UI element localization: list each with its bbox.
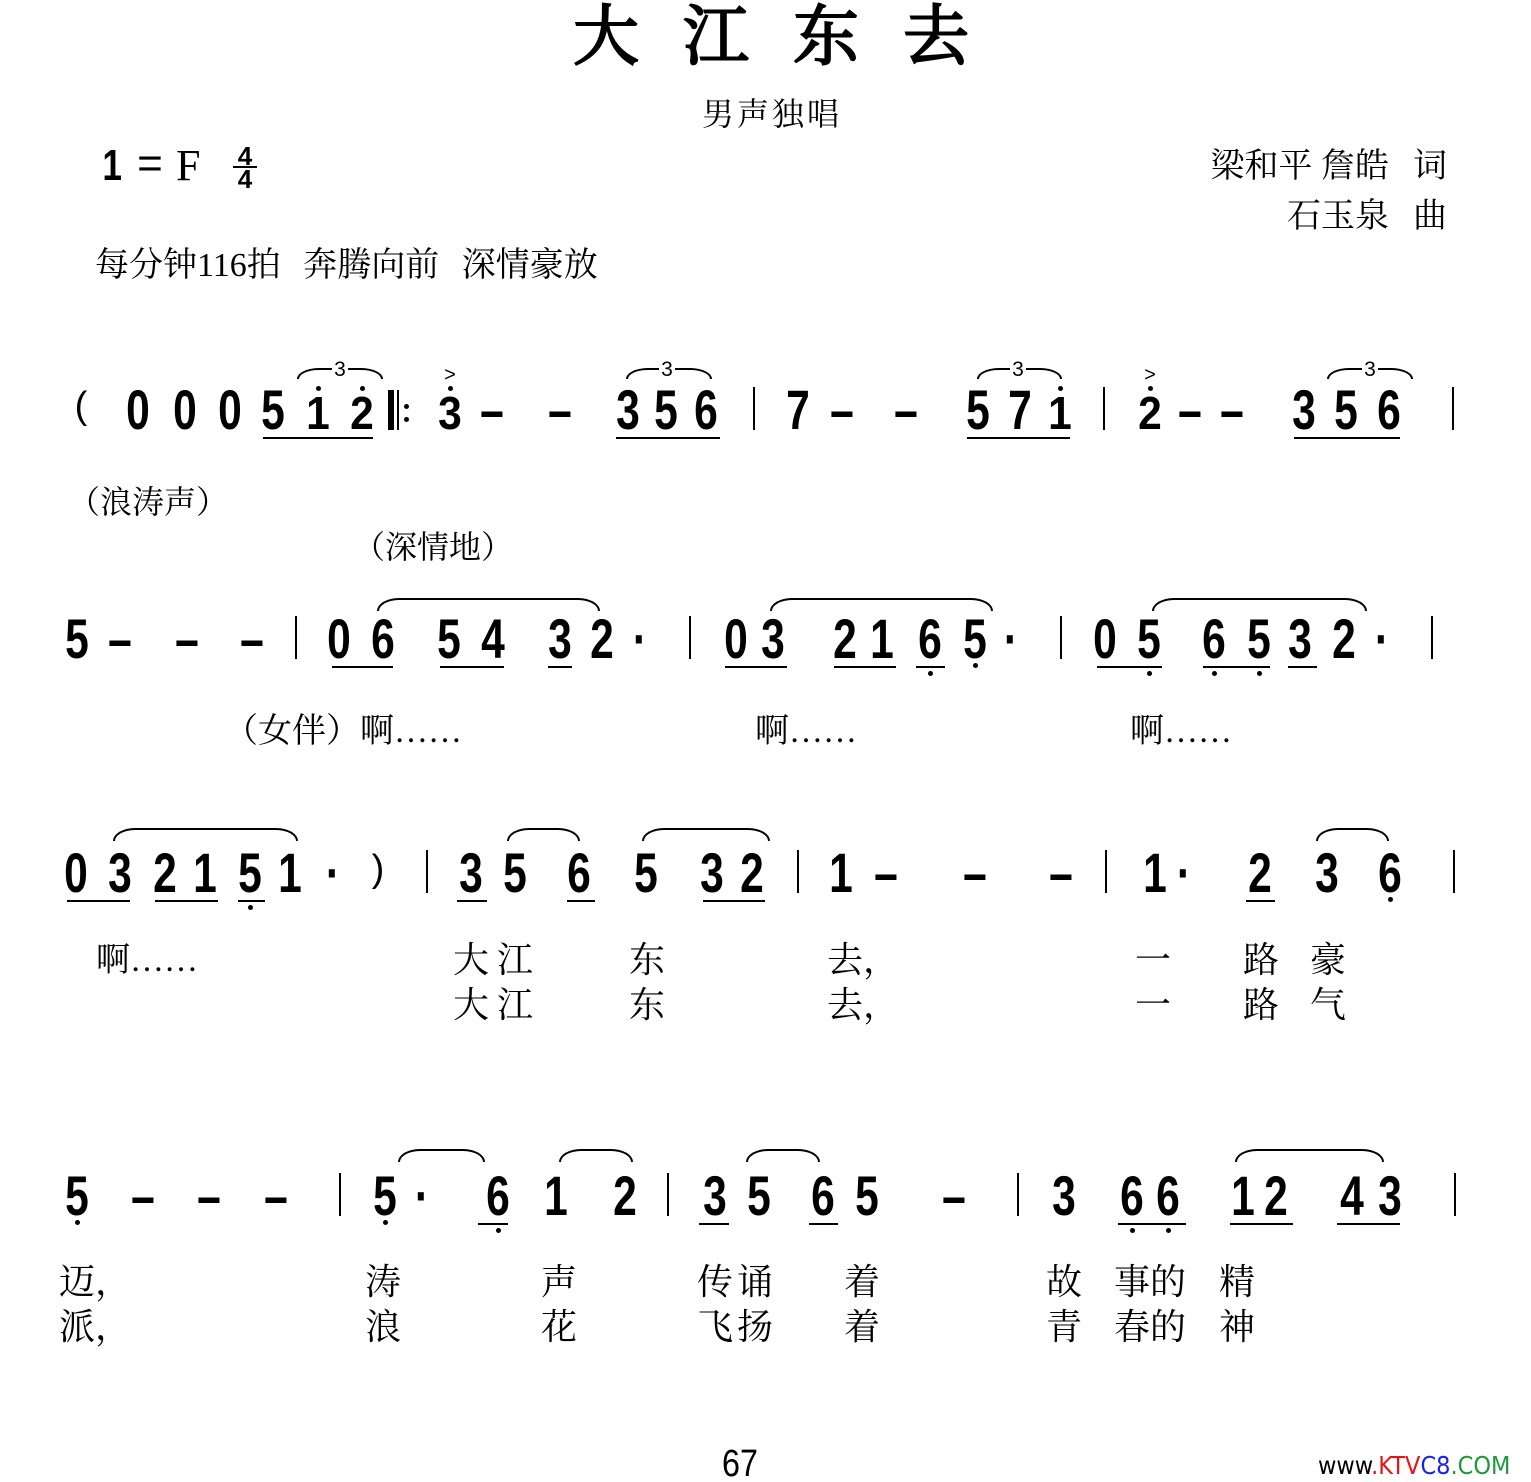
eighth-beam — [567, 900, 595, 902]
composer-role: 曲 — [1413, 198, 1447, 235]
eighth-beam — [67, 900, 130, 902]
eighth-beam — [967, 437, 1070, 439]
octave-dot-below — [75, 1220, 80, 1225]
lyric-syllable: 大 — [453, 941, 489, 979]
lyric-syllable: 着 — [844, 1308, 880, 1346]
lyric-syllable: 豪 — [1310, 941, 1346, 979]
note: 5 — [651, 382, 681, 438]
octave-dot-above — [448, 386, 453, 391]
barline — [339, 1173, 341, 1216]
lyric-syllable: 扬 — [737, 1308, 773, 1346]
note: 3 — [1049, 1168, 1079, 1224]
hold-dash: – — [827, 382, 857, 438]
slur — [1316, 828, 1389, 841]
note: 5 — [852, 1168, 882, 1224]
watermark-part: .KTV — [1371, 1451, 1420, 1480]
repeat-dot — [404, 404, 409, 409]
note: 6 — [691, 382, 721, 438]
note: 7 — [1005, 382, 1035, 438]
note: 6 — [808, 1168, 838, 1224]
slur — [1152, 598, 1367, 611]
note: 3 — [758, 611, 788, 667]
eighth-beam — [616, 437, 720, 439]
note: 3 — [1289, 382, 1319, 438]
composer-credit: 石玉泉曲 — [1287, 198, 1447, 236]
note: 1 — [1045, 390, 1075, 436]
hold-dash: – — [194, 1168, 224, 1224]
lyric-syllable: 着 — [844, 1263, 880, 1301]
note: 6 — [1199, 611, 1229, 667]
barline — [1060, 616, 1062, 659]
note: 5 — [960, 611, 990, 667]
octave-dot-below — [1212, 671, 1217, 676]
hold-dash: – — [960, 845, 990, 901]
female-accompaniment-text: （女伴）啊…… — [224, 713, 462, 751]
eighth-beam — [1294, 437, 1400, 439]
slur — [398, 1149, 485, 1162]
eighth-beam — [457, 900, 487, 902]
note: 0 — [215, 382, 245, 438]
note: 6 — [1374, 382, 1404, 438]
note: 1 — [303, 390, 333, 436]
lyric-syllable: 气 — [1310, 986, 1346, 1024]
note: 1 — [1228, 1168, 1258, 1224]
octave-dot-below — [1166, 1228, 1171, 1233]
system-2: 5 – – – 0 6 5 4 3 2 · 0 3 2 1 6 5 · 0 5 … — [0, 611, 1531, 681]
barline — [753, 387, 755, 430]
note: 3 — [1375, 1168, 1405, 1224]
repeat-dot — [404, 417, 409, 422]
note: 5 — [500, 845, 530, 901]
system-3: 0 3 2 1 5 1 · ) 3 5 6 5 3 2 1 – – – 1 · … — [0, 845, 1531, 915]
note: 3 — [613, 382, 643, 438]
lyric-syllable: 路 — [1243, 941, 1279, 979]
triplet-label: 3 — [657, 359, 677, 380]
eighth-beam — [1118, 1223, 1186, 1225]
triplet-label: 3 — [330, 359, 350, 380]
note: 5 — [631, 845, 661, 901]
eighth-beam — [548, 666, 572, 668]
octave-dot-below — [1388, 897, 1393, 902]
note: 5 — [62, 611, 92, 667]
hold-dash: – — [891, 382, 921, 438]
slur — [642, 828, 770, 841]
lyric-syllable: 江 — [497, 986, 533, 1024]
barline — [295, 616, 297, 659]
hold-dash: – — [261, 1168, 291, 1224]
lyricist-credit: 梁和平 詹皓词 — [1211, 148, 1448, 186]
note: 0 — [123, 382, 153, 438]
note: 0 — [721, 611, 751, 667]
eighth-beam — [1288, 666, 1317, 668]
octave-dot-below — [383, 1220, 388, 1225]
note: 2 — [1329, 611, 1359, 667]
watermark-part: www — [1318, 1451, 1371, 1480]
note: 1 — [275, 845, 305, 901]
key-equals: = — [136, 142, 164, 186]
eighth-beam — [703, 900, 765, 902]
lyric-syllable: 东 — [629, 941, 665, 979]
lyric-syllable: 浪 — [365, 1308, 401, 1346]
eighth-beam — [809, 1223, 838, 1225]
lyric-syllable: 涛 — [365, 1263, 401, 1301]
hold-dash: – — [1046, 845, 1076, 901]
note: 1 — [541, 1168, 571, 1224]
octave-dot-below — [248, 905, 253, 910]
barline — [689, 616, 691, 659]
lyric-syllable: 江 — [497, 941, 533, 979]
barline — [667, 1173, 669, 1216]
note: 5 — [370, 1168, 400, 1224]
barline — [1454, 1173, 1456, 1216]
song-title: 大江东去 — [573, 2, 1013, 74]
barline — [1453, 850, 1455, 893]
key-tonic: F — [176, 144, 200, 188]
lyricist-role: 词 — [1413, 148, 1447, 185]
note: 2 — [1261, 1168, 1291, 1224]
note: 5 — [1134, 611, 1164, 667]
note: 4 — [1337, 1168, 1367, 1224]
note: 5 — [235, 845, 265, 901]
slur — [770, 598, 993, 611]
eighth-beam — [1230, 1223, 1293, 1225]
note: 6 — [564, 845, 594, 901]
octave-dot-above — [360, 386, 365, 391]
note: 5 — [434, 611, 464, 667]
slur — [1235, 1149, 1384, 1162]
note: 3 — [545, 611, 575, 667]
system-1: ( 0 0 0 5 1 2 3 > 3 – – 3 5 6 3 7 – – — [0, 382, 1531, 452]
octave-dot-below — [496, 1228, 501, 1233]
note: 1 — [190, 845, 220, 901]
octave-dot-below — [1147, 671, 1152, 676]
lyric-syllable: 一 — [1135, 941, 1171, 979]
hold-dash: – — [545, 382, 575, 438]
repeat-thick-bar — [388, 390, 394, 430]
hold-dash: – — [1175, 382, 1205, 438]
note: 2 — [1135, 390, 1165, 436]
note: 2 — [737, 845, 767, 901]
note: 3 — [1285, 611, 1315, 667]
system-4: 5 – – – 5 · 6 1 2 3 5 6 5 – 3 6 6 1 2 4 … — [0, 1168, 1531, 1238]
barline — [1431, 616, 1433, 659]
waves-annotation: （浪涛声） — [68, 484, 228, 520]
lyric-syllable: 神 — [1219, 1308, 1255, 1346]
note: 3 — [435, 390, 465, 436]
hold-dash: – — [237, 611, 267, 667]
lyric-syllable: 精 — [1219, 1263, 1255, 1301]
note: 7 — [783, 382, 813, 438]
lyric-syllable: 去， — [827, 986, 899, 1024]
lyric-syllable: 派， — [59, 1308, 131, 1346]
song-subtitle: 男声独唱 — [702, 96, 842, 132]
lyric-syllable: 诵 — [737, 1263, 773, 1301]
note: 5 — [1244, 611, 1274, 667]
lyric-syllable: 故 — [1046, 1263, 1082, 1301]
eighth-beam — [1337, 1223, 1400, 1225]
slur — [507, 828, 580, 841]
watermark-part: C8 — [1420, 1451, 1450, 1480]
augmentation-dot: · — [407, 1168, 437, 1224]
note: 6 — [1153, 1168, 1183, 1224]
page-number: 67 — [722, 1445, 758, 1482]
eighth-beam — [263, 437, 373, 439]
barline — [426, 850, 428, 893]
note: 5 — [1331, 382, 1361, 438]
note: 5 — [258, 382, 288, 438]
augmentation-dot: · — [1367, 611, 1397, 667]
score-page: 大江东去 男声独唱 1 = F 4 4 梁和平 詹皓词 石玉泉曲 每分钟116拍… — [0, 0, 1531, 1482]
tempo-marking: 每分钟116拍 奔腾向前 深情豪放 — [95, 247, 598, 285]
note: 4 — [478, 611, 508, 667]
octave-dot-above — [1058, 386, 1063, 391]
octave-dot-below — [1257, 671, 1262, 676]
eighth-beam — [155, 900, 218, 902]
note: 5 — [963, 382, 993, 438]
note: 0 — [61, 845, 91, 901]
key-do: 1 — [102, 144, 121, 188]
lyric-syllable: 飞 — [697, 1308, 733, 1346]
lyric-syllable: 的 — [1150, 1263, 1186, 1301]
expression-annotation: （深情地） — [353, 529, 513, 565]
barline — [1017, 1173, 1019, 1216]
lyric-syllable: 大 — [453, 986, 489, 1024]
lyricist-names: 梁和平 詹皓 — [1211, 148, 1390, 185]
note: 3 — [697, 845, 727, 901]
note: 6 — [1375, 845, 1405, 901]
hold-dash: – — [128, 1168, 158, 1224]
note: 2 — [610, 1168, 640, 1224]
eighth-beam — [478, 1223, 508, 1225]
watermark-part: .COM — [1450, 1451, 1510, 1480]
ah-vocalise: 啊…… — [1130, 713, 1232, 751]
accent-mark: > — [440, 365, 460, 385]
barline — [1103, 387, 1105, 430]
eighth-beam — [1246, 900, 1275, 902]
eighth-beam — [699, 1223, 729, 1225]
close-paren: ) — [368, 850, 388, 888]
note: 1 — [867, 611, 897, 667]
eighth-beam — [834, 666, 896, 668]
note: 2 — [347, 390, 377, 436]
lyric-syllable: 春 — [1114, 1308, 1150, 1346]
note: 1 — [1140, 845, 1170, 901]
lyric-syllable: 事 — [1114, 1263, 1150, 1301]
note: 2 — [587, 611, 617, 667]
note: 3 — [700, 1168, 730, 1224]
lyric-syllable: 迈， — [59, 1263, 131, 1301]
slur — [746, 1149, 820, 1162]
octave-dot-below — [973, 663, 978, 668]
barline — [1105, 850, 1107, 893]
ah-vocalise: 啊…… — [96, 942, 198, 980]
octave-dot-below — [1130, 1228, 1135, 1233]
note: 0 — [1090, 611, 1120, 667]
note: 0 — [324, 611, 354, 667]
hold-dash: – — [1217, 382, 1247, 438]
slur — [559, 1149, 633, 1162]
octave-dot-above — [1148, 386, 1153, 391]
lyric-syllable: 一 — [1135, 986, 1171, 1024]
augmentation-dot: · — [996, 611, 1026, 667]
note: 0 — [170, 382, 200, 438]
open-paren: ( — [71, 387, 91, 425]
note: 2 — [150, 845, 180, 901]
lyric-syllable: 花 — [541, 1308, 577, 1346]
barline — [797, 850, 799, 893]
slur — [113, 828, 298, 841]
eighth-beam — [1203, 666, 1270, 668]
slur — [377, 598, 600, 611]
composer-name: 石玉泉 — [1287, 198, 1389, 235]
note: 1 — [826, 845, 856, 901]
note: 2 — [830, 611, 860, 667]
lyric-syllable: 的 — [1150, 1308, 1186, 1346]
note: 6 — [915, 611, 945, 667]
augmentation-dot: · — [318, 845, 348, 901]
accent-mark: > — [1140, 365, 1160, 385]
time-denominator: 4 — [232, 166, 258, 192]
hold-dash: – — [939, 1168, 969, 1224]
note: 5 — [744, 1168, 774, 1224]
note: 2 — [1245, 845, 1275, 901]
ah-vocalise: 啊…… — [755, 713, 857, 751]
hold-dash: – — [172, 611, 202, 667]
watermark: www.KTVC8.COM — [1318, 1453, 1510, 1479]
barline — [1452, 387, 1454, 430]
eighth-beam — [916, 666, 945, 668]
augmentation-dot: · — [1169, 845, 1199, 901]
octave-dot-above — [316, 386, 321, 391]
note: 6 — [1117, 1168, 1147, 1224]
hold-dash: – — [477, 382, 507, 438]
triplet-label: 3 — [1008, 359, 1028, 380]
hold-dash: – — [105, 611, 135, 667]
note: 5 — [62, 1168, 92, 1224]
hold-dash: – — [871, 845, 901, 901]
eighth-beam — [1097, 666, 1162, 668]
repeat-thin-bar — [397, 390, 399, 430]
note: 3 — [1312, 845, 1342, 901]
eighth-beam — [440, 666, 504, 668]
note: 6 — [368, 611, 398, 667]
note: 3 — [105, 845, 135, 901]
augmentation-dot: · — [625, 611, 655, 667]
eighth-beam — [238, 900, 265, 902]
eighth-beam — [725, 666, 787, 668]
lyric-syllable: 青 — [1046, 1308, 1082, 1346]
octave-dot-below — [928, 671, 933, 676]
lyric-syllable: 路 — [1243, 986, 1279, 1024]
lyric-syllable: 传 — [697, 1263, 733, 1301]
note: 6 — [483, 1168, 513, 1224]
eighth-beam — [332, 666, 393, 668]
note: 3 — [456, 845, 486, 901]
triplet-label: 3 — [1360, 359, 1380, 380]
lyric-syllable: 去， — [827, 941, 899, 979]
lyric-syllable: 东 — [629, 986, 665, 1024]
lyric-syllable: 声 — [541, 1263, 577, 1301]
